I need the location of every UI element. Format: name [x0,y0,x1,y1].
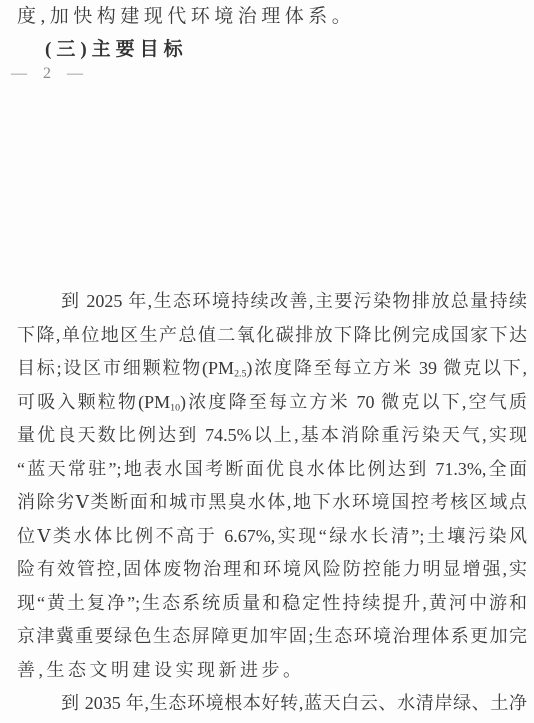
page-break-gap [17,82,527,285]
pm25-subscript: 2.5 [234,368,246,379]
para1-line-11: 京津冀重要绿色生态屏障更加牢固;生态环境治理体系更加完 [17,620,527,654]
page2-trailing-line: 度,加快构建现代环境治理体系。 [17,4,527,30]
para2-line-1: 到 2035 年,生态环境根本好转,蓝天白云、水清岸绿、土净 [17,687,527,721]
para1-line-10: 现“黄土复净”;生态系统质量和稳定性持续提升,黄河中游和 [17,587,527,621]
pm10-subscript: 10 [170,402,180,413]
section-heading: (三)主要目标 [17,37,527,63]
page-number: — 2 — [11,65,527,82]
pm10-text-before: 可吸入颗粒物(PM [17,392,170,412]
para1-line-4: 可吸入颗粒物(PM10)浓度降至每立方米 70 微克以下,空气质 [17,386,527,420]
para1-line-2: 下降,单位地区生产总值二氧化碳排放下降比例完成国家下达 [17,319,527,353]
paragraph-2025-targets: 到 2025 年,生态环境持续改善,主要污染物排放总量持续 下降,单位地区生产总… [17,285,527,687]
para1-line-6: “蓝天常驻”;地表水国考断面优良水体比例达到 71.3%,全面 [17,453,527,487]
para1-line-3: 目标;设区市细颗粒物(PM2.5)浓度降至每立方米 39 微克以下, [17,352,527,386]
paragraph-2035-start: 到 2035 年,生态环境根本好转,蓝天白云、水清岸绿、土净 [17,687,527,721]
pm25-text-before: 目标;设区市细颗粒物(PM [17,358,234,378]
para1-line-12: 善,生态文明建设实现新进步。 [17,654,527,688]
para1-line-9: 险有效管控,固体废物治理和环境风险防控能力明显增强,实 [17,553,527,587]
para1-line-1: 到 2025 年,生态环境持续改善,主要污染物排放总量持续 [17,285,527,319]
document-scan-page: 度,加快构建现代环境治理体系。 (三)主要目标 — 2 — 到 2025 年,生… [0,0,534,723]
para1-line-5: 量优良天数比例达到 74.5%以上,基本消除重污染天气,实现 [17,419,527,453]
pm10-text-after: )浓度降至每立方米 70 微克以下,空气质 [180,392,527,412]
para1-line-7: 消除劣Ⅴ类断面和城市黑臭水体,地下水环境国控考核区域点 [17,486,527,520]
para1-line-8: 位Ⅴ类水体比例不高于 6.67%,实现“绿水长清”;土壤污染风 [17,520,527,554]
pm25-text-after: )浓度降至每立方米 39 微克以下, [246,358,527,378]
